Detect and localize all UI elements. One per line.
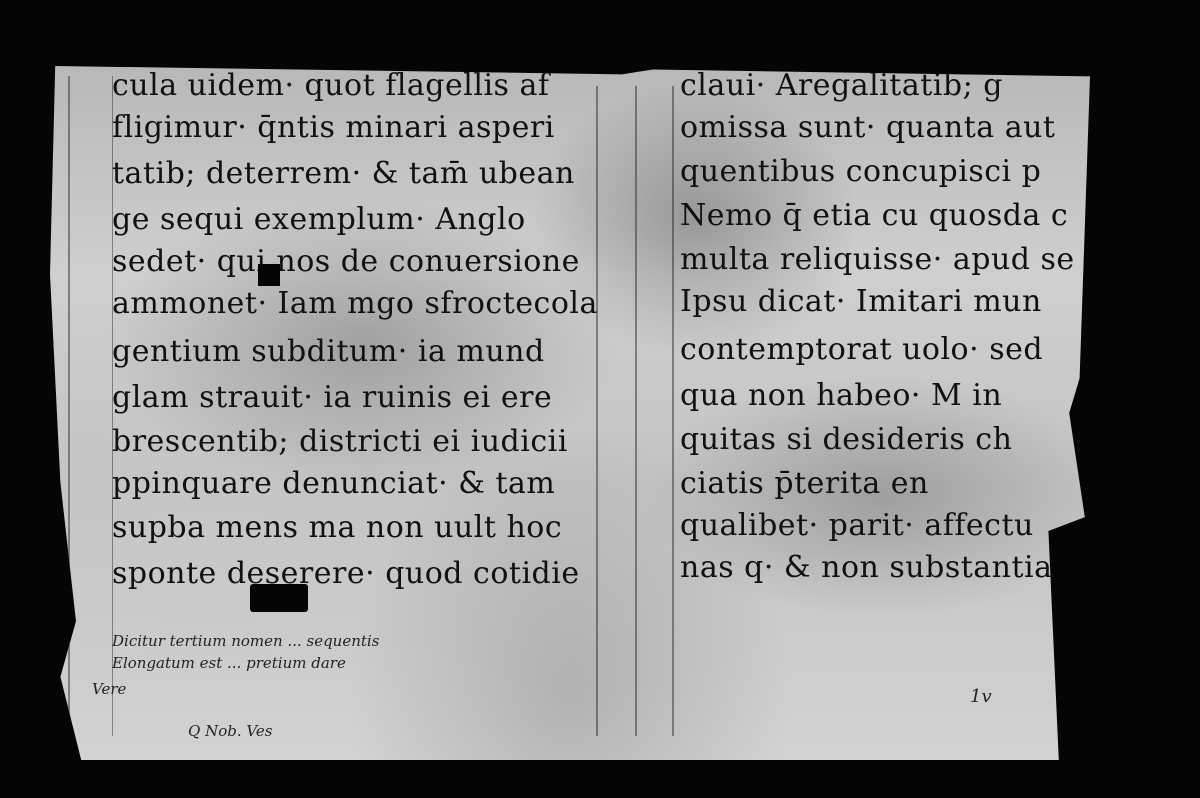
text-line: Nemo q̄ etia cu quosda c bbox=[680, 198, 1070, 234]
ruling-line-gutter-2 bbox=[635, 86, 637, 736]
text-line: omissa sunt· quanta aut bbox=[680, 110, 1070, 146]
text-line: fligimur· q̄ntis minari asperi bbox=[112, 110, 612, 146]
text-line: quentibus concupisci p bbox=[680, 154, 1070, 190]
text-line: multa reliquisse· apud se bbox=[680, 242, 1070, 278]
parchment-hole bbox=[258, 264, 280, 286]
text-line: gentium subditum· ia mund bbox=[112, 334, 612, 370]
text-line: nas q· & non substantia bbox=[680, 550, 1070, 586]
text-line: claui· Aregalitatib; g bbox=[680, 68, 1070, 104]
text-line: sponte deserere· quod cotidie bbox=[112, 556, 612, 592]
text-line: ppinquare denunciat· & tam bbox=[112, 466, 612, 502]
marginalia-line: Dicitur tertium nomen ... sequentis bbox=[112, 632, 379, 650]
text-line: cula uidem· quot flagellis af bbox=[112, 68, 612, 104]
text-line: qua non habeo· M in bbox=[680, 378, 1070, 414]
text-line: glam strauit· ia ruinis ei ere bbox=[112, 380, 612, 416]
text-line: contemptorat uolo· sed bbox=[680, 332, 1070, 368]
marginalia-line: Vere bbox=[92, 680, 126, 698]
marginalia-line: Elongatum est ... pretium dare bbox=[112, 654, 346, 672]
text-line: quitas si desideris ch bbox=[680, 422, 1070, 458]
text-line: qualibet· parit· affectu bbox=[680, 508, 1070, 544]
ruling-line-gutter-3 bbox=[672, 86, 674, 736]
text-line: supba mens ma non uult hoc bbox=[112, 510, 612, 546]
text-line: Ipsu dicat· Imitari mun bbox=[680, 284, 1070, 320]
text-line: ciatis p̄terita en bbox=[680, 466, 1070, 502]
folio-number: 1v bbox=[970, 686, 992, 707]
signature-note: Q Nob. Ves bbox=[188, 722, 272, 740]
ruling-line-left-margin bbox=[68, 76, 70, 716]
text-line: ge sequi exemplum· Anglo bbox=[112, 202, 612, 238]
text-line: tatib; deterrem· & tam̄ ubean bbox=[112, 156, 612, 192]
text-line: brescentib; districti ei iudicii bbox=[112, 424, 612, 460]
text-line: sedet· qui nos de conuersione bbox=[112, 244, 612, 280]
parchment-hole bbox=[250, 584, 308, 612]
text-line: ammonet· Iam mgo sfroctecola bbox=[112, 286, 612, 322]
manuscript-parchment: cula uidem· quot flagellis af fligimur· … bbox=[50, 66, 1090, 760]
